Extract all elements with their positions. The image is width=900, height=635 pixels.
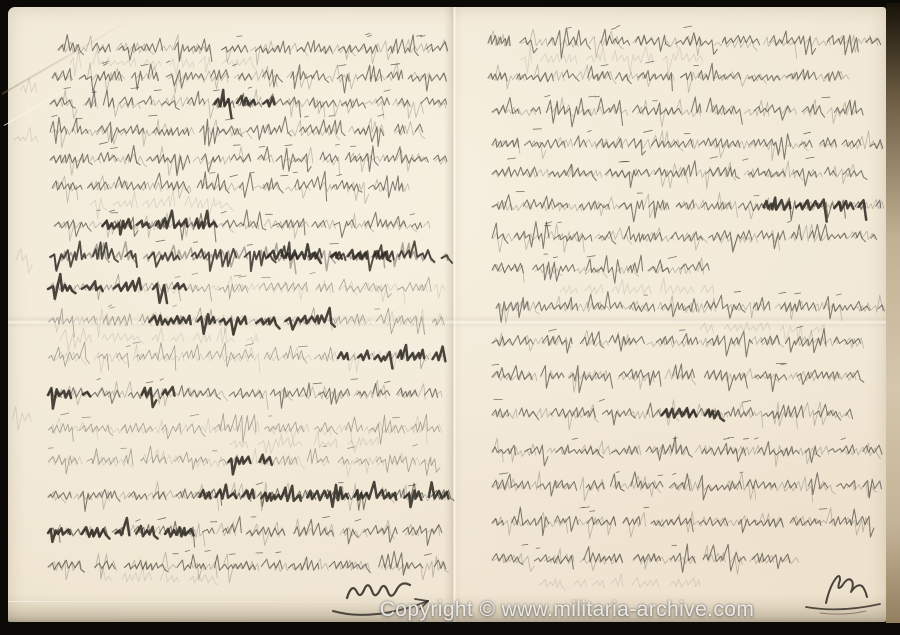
copyright-watermark: Copyright © www.militaria-archive.com — [380, 598, 755, 622]
handwriting-layer — [0, 0, 900, 635]
signature-right — [806, 576, 880, 614]
right-page-text — [488, 26, 884, 575]
left-page-text — [48, 33, 454, 582]
scanned-letter-photo: Copyright © www.militaria-archive.com — [0, 0, 900, 635]
